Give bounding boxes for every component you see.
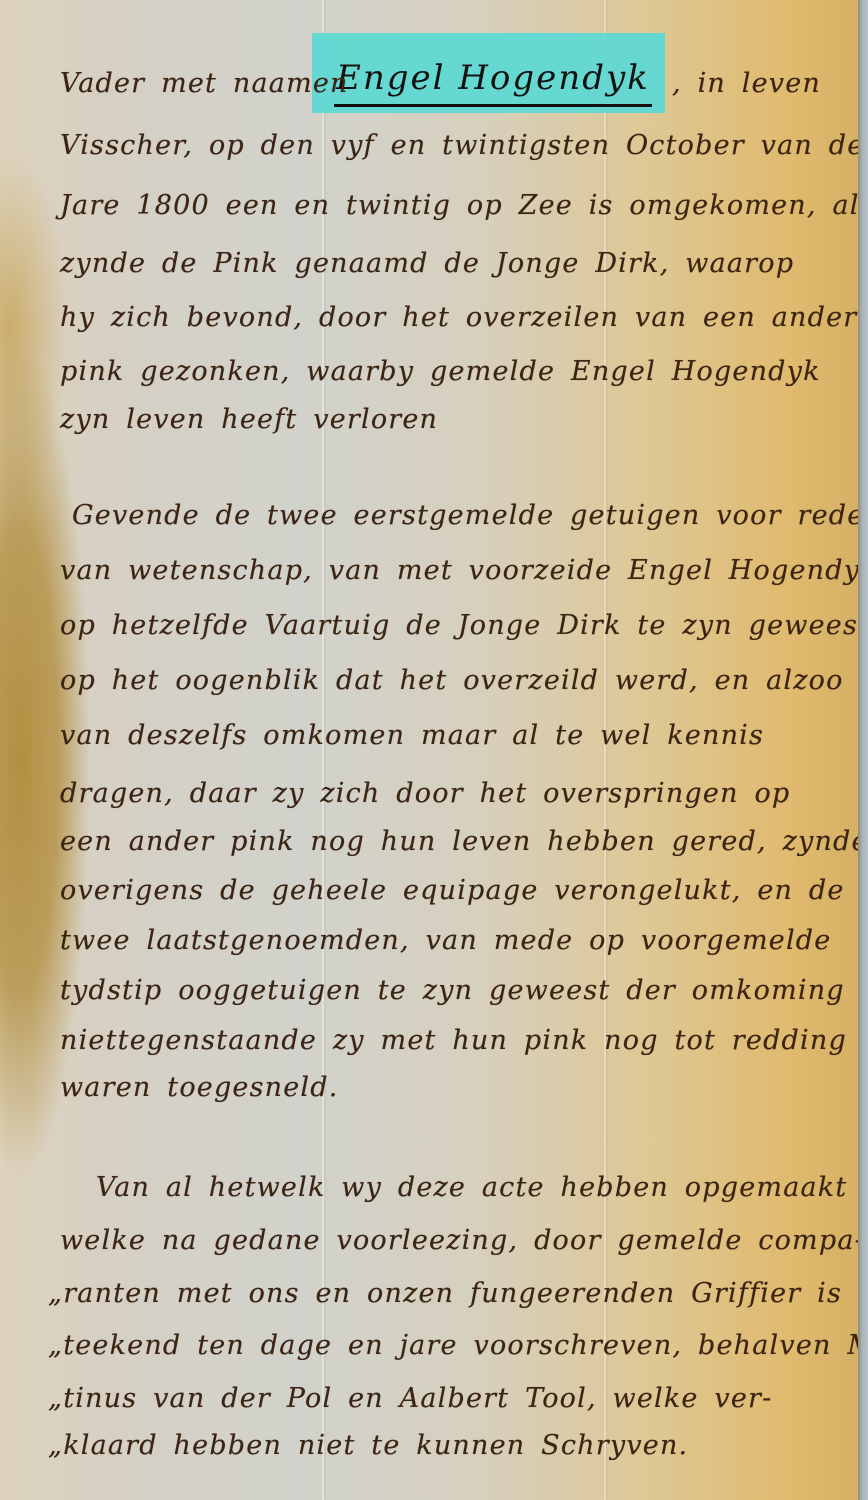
line-prefix: Vader met naamen: [60, 68, 349, 99]
text-line: pink gezonken, waarby gemelde Engel Hoge…: [60, 356, 821, 387]
text-line: „klaard hebben niet te kunnen Schryven.: [48, 1430, 688, 1461]
text-line: dragen, daar zy zich door het overspring…: [60, 778, 790, 809]
text-line: Vader met naamen: [60, 68, 349, 99]
text-line: „teekend ten dage en jare voorschreven, …: [48, 1330, 868, 1361]
text-line: „tinus van der Pol en Aalbert Tool, welk…: [48, 1383, 772, 1414]
text-line: zynde de Pink genaamd de Jonge Dirk, waa…: [60, 248, 794, 279]
text-line: „ranten met ons en onzen fungeerenden Gr…: [48, 1278, 868, 1309]
text-line: Jare 1800 een en twintig op Zee is omgek…: [60, 190, 868, 221]
text-line: welke na gedane voorleezing, door gemeld…: [60, 1225, 865, 1256]
text-line: van wetenschap, van met voorzeide Engel …: [60, 555, 868, 586]
text-line: op hetzelfde Vaartuig de Jonge Dirk te z…: [60, 610, 868, 641]
handwritten-text-body: Vader met naamen , in leven Visscher, op…: [0, 0, 858, 1500]
text-line: twee laatstgenoemden, van mede op voorge…: [60, 925, 831, 956]
text-line: tydstip ooggetuigen te zyn geweest der o…: [60, 975, 845, 1006]
text-line: Van al hetwelk wy deze acte hebben opgem…: [96, 1172, 847, 1203]
text-line: Gevende de twee eerstgemelde getuigen vo…: [72, 500, 868, 531]
text-line: hy zich bevond, door het overzeilen van …: [60, 302, 857, 333]
text-line: overigens de geheele equipage verongeluk…: [60, 875, 845, 906]
scan-background-edge: [858, 0, 868, 1500]
text-line: zyn leven heeft verloren: [60, 404, 438, 435]
text-line: van deszelfs omkomen maar al te wel kenn…: [60, 720, 764, 751]
text-line-suffix: , in leven: [672, 68, 821, 99]
text-line: op het oogenblik dat het overzeild werd,…: [60, 665, 844, 696]
document-page: Engel Hogendyk Vader met naamen , in lev…: [0, 0, 858, 1500]
text-line: niettegenstaande zy met hun pink nog tot…: [60, 1025, 847, 1056]
text-line: Visscher, op den vyf en twintigsten Octo…: [60, 130, 868, 161]
text-line: een ander pink nog hun leven hebben gere…: [60, 826, 868, 857]
text-line: waren toegesneld.: [60, 1072, 339, 1103]
